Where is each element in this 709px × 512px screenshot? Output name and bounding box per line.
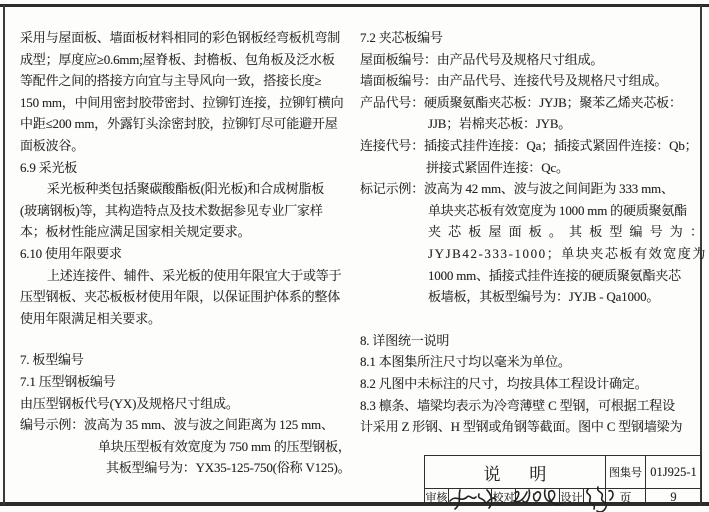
atlas-document-page: 采用与屋面板、墙面板材料相同的彩色钢板经弯板机弯制 成型；厚度应≥0.6mm;屋…	[0, 0, 709, 512]
section-heading: 8. 详图统一说明	[360, 330, 702, 352]
text-line: 压型钢板、夹芯板板材使用年限，以保证围护体系的整体	[20, 286, 354, 308]
text-line: 计采用 Z 形钢、H 型钢或角钢等截面。图中 C 型钢墙梁为	[360, 416, 702, 438]
section-heading: 6.10 使用年限要求	[20, 243, 354, 265]
text-line: 8.3 檩条、墙梁均表示为冷弯薄壁 C 型钢，可根据工程设	[360, 395, 702, 417]
text-line: 由压型钢板代号(YX)及规格尺寸组成。	[20, 393, 354, 415]
text-line: 单块压型板有效宽度为 750 mm 的压型钢板，	[20, 436, 354, 458]
right-text-column: 7.2 夹芯板编号 屋面板编号：由产品代号及规格尺寸组成。 墙面板编号：由产品代…	[360, 27, 702, 438]
text-line: 面板波谷。	[20, 135, 354, 157]
text-line: 其板型编号为：YX35-125-750(俗称 V125)。	[20, 457, 354, 479]
page-number-value: 9	[646, 489, 701, 505]
page-border-left	[3, 5, 5, 505]
left-text-column: 采用与屋面板、墙面板材料相同的彩色钢板经弯板机弯制 成型；厚度应≥0.6mm;屋…	[20, 27, 354, 479]
text-line: 上述连接件、辅件、采光板的使用年限宜大于或等于	[20, 265, 354, 287]
page-number-label: 页	[606, 489, 646, 505]
section-heading: 7.2 夹芯板编号	[360, 27, 702, 49]
checker-label: 校对	[492, 489, 516, 505]
text-line: 8.2 凡图中未标注的尺寸，均按具体工程设计确定。	[360, 373, 702, 395]
text-line: 等配件之间的搭接方向宜与主导风向一致，搭接长度≥	[20, 70, 354, 92]
text-line: 单块夹芯板有效宽度为 1000 mm 的硬质聚氨酯	[360, 200, 702, 222]
text-line: 连接代号：插接式挂件连接：Qa；插接式紧固件连接：Qb；	[360, 135, 702, 157]
section-heading: 7.1 压型钢板编号	[20, 371, 354, 393]
section-heading: 6.9 采光板	[20, 157, 354, 179]
designer-signature-cell	[584, 489, 606, 505]
text-line: 本；板材性能应满足国家相关规定要求。	[20, 221, 354, 243]
text-line: 150 mm，中间用密封胶带密封、拉铆钉连接，拉铆钉横向	[20, 92, 354, 114]
text-line: JYJB42-333-1000；单块夹芯板有效宽度为	[360, 243, 702, 265]
text-line: 采光板种类包括聚碳酸酯板(阳光板)和合成树脂板	[20, 178, 354, 200]
atlas-number-value: 01J925-1	[646, 456, 701, 489]
text-line: 板墙板，其板型编号为：JYJB - Qa1000。	[360, 286, 702, 308]
reviewer-signature-cell	[449, 489, 492, 505]
reviewer-label: 审核	[425, 489, 449, 505]
atlas-number-label: 图集号	[606, 456, 646, 489]
text-line: 屋面板编号：由产品代号及规格尺寸组成。	[360, 49, 702, 71]
text-line: 夹芯板屋面板。其板型编号为：	[360, 221, 702, 243]
text-line: 采用与屋面板、墙面板材料相同的彩色钢板经弯板机弯制	[20, 27, 354, 49]
text-line: 使用年限满足相关要求。	[20, 308, 354, 330]
text-line: 墙面板编号：由产品代号、连接代号及规格尺寸组成。	[360, 70, 702, 92]
text-line: 8.1 本图集所注尺寸均以毫米为单位。	[360, 351, 702, 373]
text-line: 成型；厚度应≥0.6mm;屋脊板、封檐板、包角板及泛水板	[20, 49, 354, 71]
section-heading: 7. 板型编号	[20, 349, 354, 371]
page-border-top	[0, 4, 709, 7]
text-line: 标记示例：波高为 42 mm、波与波之间间距为 333 mm、	[360, 178, 702, 200]
drawing-title: 说 明	[425, 456, 606, 489]
text-line: JJB；岩棉夹芯板：JYB。	[360, 113, 702, 135]
text-line: 产品代号：硬质聚氨酯夹芯板：JYJB；聚苯乙烯夹芯板：	[360, 92, 702, 114]
text-line: 拼接式紧固件连接：Qc。	[360, 157, 702, 179]
text-line: 中距≤200 mm，外露钉头涂密封胶，拉铆钉尽可能避开屋	[20, 113, 354, 135]
text-line: 1000 mm、插接式挂件连接的硬质聚氨酯夹芯	[360, 265, 702, 287]
designer-label: 设计	[560, 489, 584, 505]
text-line: 编号示例：波高为 35 mm、波与波之间距离为 125 mm、	[20, 414, 354, 436]
checker-signature-cell	[516, 489, 560, 505]
title-block: 说 明 图集号 01J925-1 审核 校对 设计 页 9	[424, 455, 702, 506]
text-line: (玻璃钢板)等，其构造特点及技术数据参见专业厂家样	[20, 200, 354, 222]
